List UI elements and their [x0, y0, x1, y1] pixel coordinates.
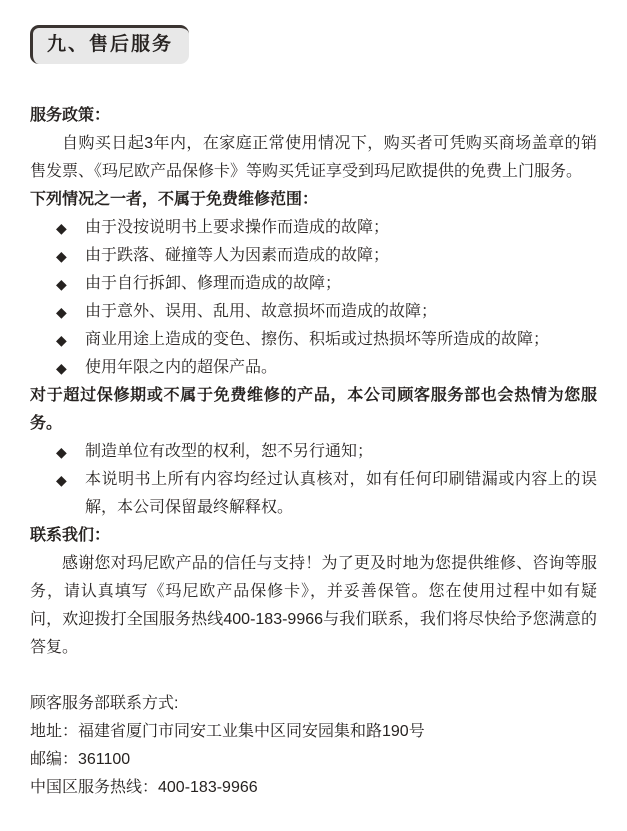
service-dept-title: 顾客服务部联系方式:: [30, 690, 597, 718]
diamond-bullet-icon: ◆: [56, 298, 67, 326]
service-dept-hotline: 中国区服务热线：400-183-9966: [30, 774, 597, 802]
diamond-bullet-icon: ◆: [56, 354, 67, 382]
document-content: 服务政策： 自购买日起3年内，在家庭正常使用情况下，购买者可凭购买商场盖章的销售…: [30, 102, 597, 802]
diamond-bullet-icon: ◆: [56, 242, 67, 270]
list-item-text: 制造单位有改型的权利，恕不另行通知；: [85, 443, 373, 460]
list-item-text: 商业用途上造成的变色、擦伤、积垢或过热损坏等所造成的故障；: [85, 331, 549, 348]
list-item-text: 本说明书上所有内容均经过认真核对，如有任何印刷错漏或内容上的误解，本公司保留最终…: [85, 471, 597, 516]
diamond-bullet-icon: ◆: [56, 214, 67, 242]
contact-paragraph: 感谢您对玛尼欧产品的信任与支持！为了更及时地为您提供维修、咨询等服务，请认真填写…: [30, 550, 597, 662]
diamond-bullet-icon: ◆: [56, 438, 67, 466]
out-of-warranty-heading: 对于超过保修期或不属于免费维修的产品，本公司顾客服务部也会热情为您服务。: [30, 382, 597, 438]
diamond-bullet-icon: ◆: [56, 326, 67, 354]
exclusions-heading: 下列情况之一者，不属于免费维修范围：: [30, 186, 597, 214]
service-policy-heading: 服务政策：: [30, 102, 597, 130]
exclusions-list: ◆ 由于没按说明书上要求操作而造成的故障； ◆ 由于跌落、碰撞等人为因素而造成的…: [30, 214, 597, 382]
list-item-text: 由于自行拆卸、修理而造成的故障；: [85, 275, 341, 292]
list-item-text: 使用年限之内的超保产品。: [85, 359, 277, 376]
list-item: ◆ 由于跌落、碰撞等人为因素而造成的故障；: [30, 242, 597, 270]
page-title: 九、售后服务: [47, 34, 173, 55]
out-of-warranty-list: ◆ 制造单位有改型的权利，恕不另行通知； ◆ 本说明书上所有内容均经过认真核对，…: [30, 438, 597, 522]
list-item: ◆ 本说明书上所有内容均经过认真核对，如有任何印刷错漏或内容上的误解，本公司保留…: [30, 466, 597, 522]
list-item: ◆ 由于自行拆卸、修理而造成的故障；: [30, 270, 597, 298]
diamond-bullet-icon: ◆: [56, 466, 67, 494]
list-item: ◆ 使用年限之内的超保产品。: [30, 354, 597, 382]
list-item: ◆ 由于没按说明书上要求操作而造成的故障；: [30, 214, 597, 242]
list-item: ◆ 商业用途上造成的变色、擦伤、积垢或过热损坏等所造成的故障；: [30, 326, 597, 354]
contact-heading: 联系我们：: [30, 522, 597, 550]
service-dept-postal-code: 邮编：361100: [30, 746, 597, 774]
service-policy-paragraph: 自购买日起3年内，在家庭正常使用情况下，购买者可凭购买商场盖章的销售发票、《玛尼…: [30, 130, 597, 186]
list-item: ◆ 由于意外、误用、乱用、故意损坏而造成的故障；: [30, 298, 597, 326]
diamond-bullet-icon: ◆: [56, 270, 67, 298]
list-item-text: 由于没按说明书上要求操作而造成的故障；: [85, 219, 389, 236]
section-title-box: 九、售后服务: [30, 25, 189, 64]
service-dept-address: 地址：福建省厦门市同安工业集中区同安园集和路190号: [30, 718, 597, 746]
document-page: 九、售后服务 服务政策： 自购买日起3年内，在家庭正常使用情况下，购买者可凭购买…: [0, 0, 627, 831]
list-item-text: 由于跌落、碰撞等人为因素而造成的故障；: [85, 247, 389, 264]
list-item: ◆ 制造单位有改型的权利，恕不另行通知；: [30, 438, 597, 466]
list-item-text: 由于意外、误用、乱用、故意损坏而造成的故障；: [85, 303, 437, 320]
blank-line-spacer: [30, 662, 597, 690]
